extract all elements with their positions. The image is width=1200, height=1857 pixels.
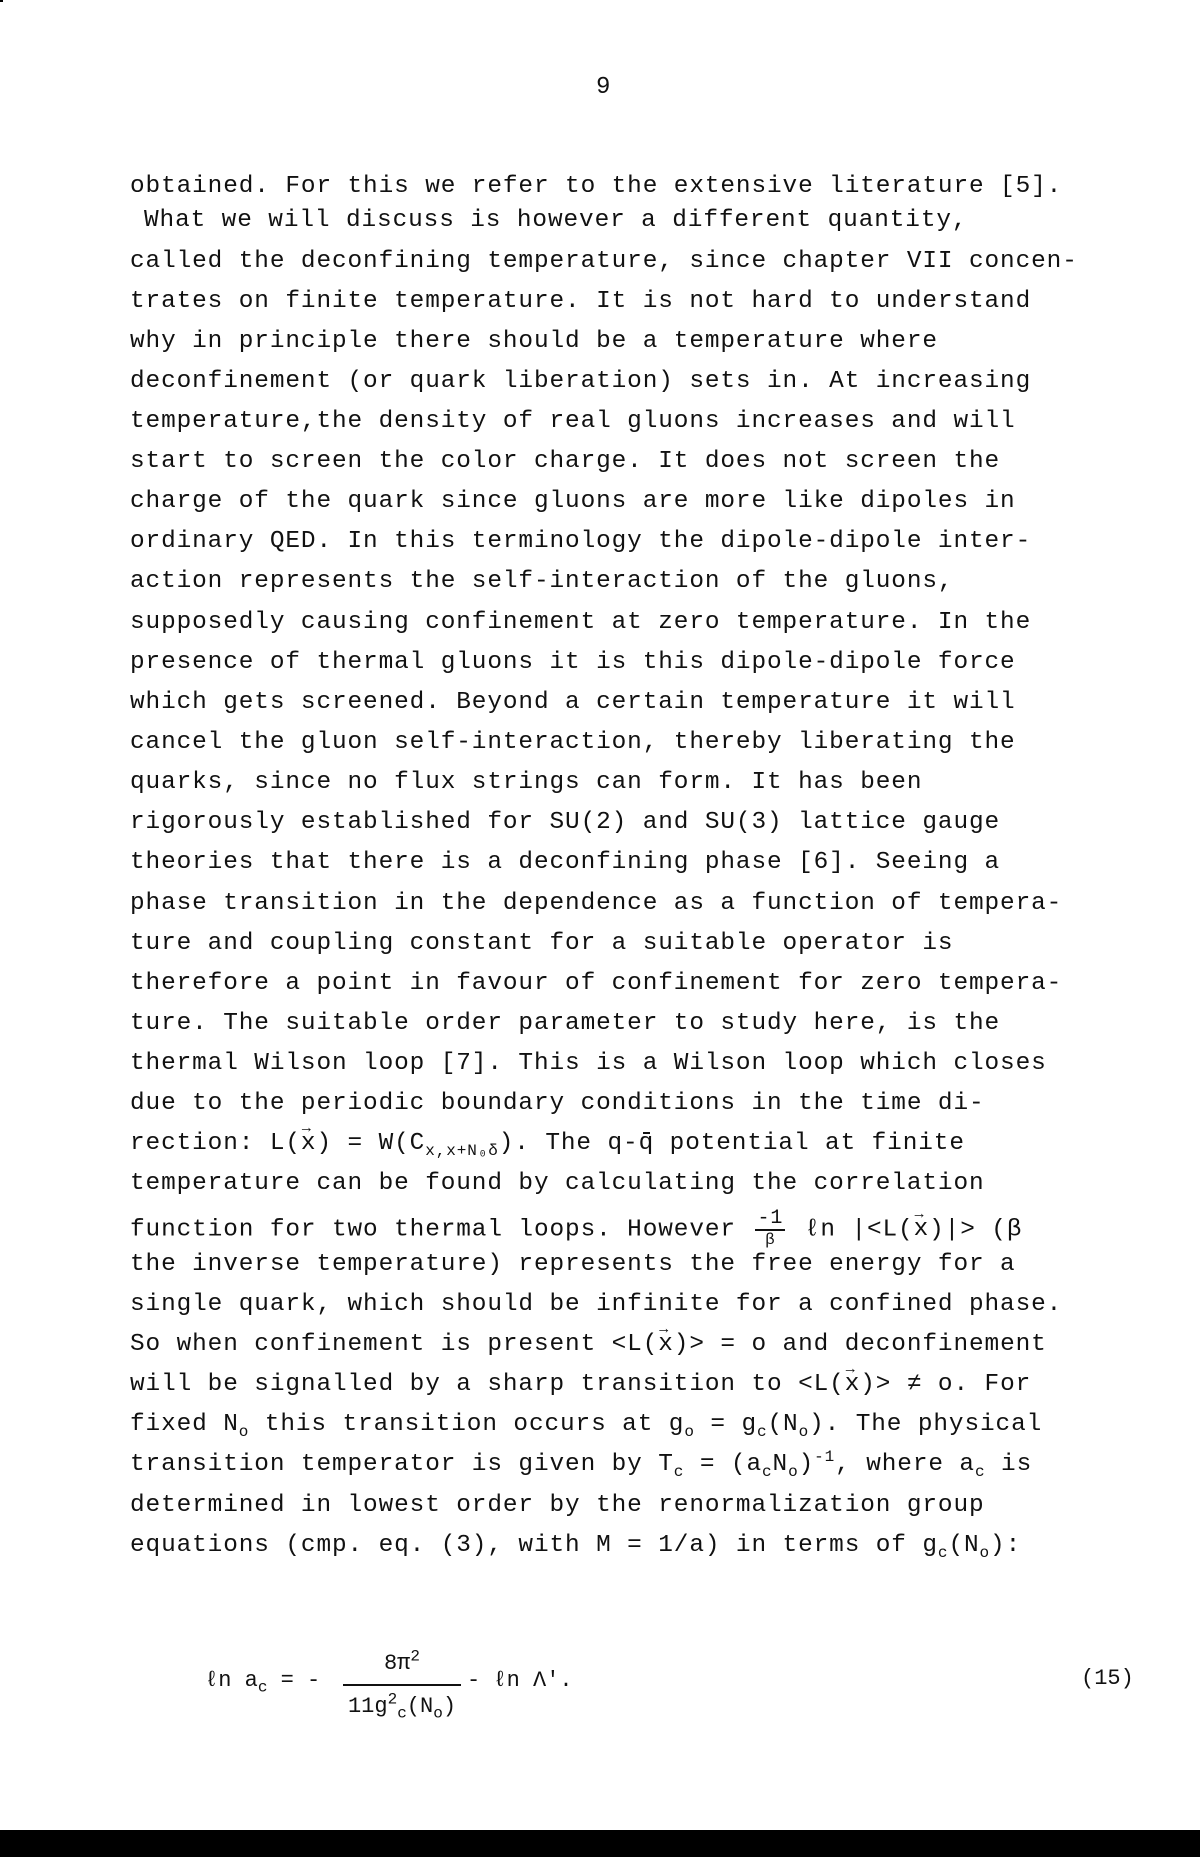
page-number: 9 (596, 74, 610, 101)
text-line: charge of the quark since gluons are mor… (130, 487, 1016, 517)
equation-number: (15) (1081, 1666, 1134, 1691)
text-line: trates on finite temperature. It is not … (130, 287, 1031, 317)
text-line: theories that there is a deconfining pha… (130, 848, 1000, 878)
text-line: So when confinement is present <L(x)> = … (130, 1330, 1047, 1360)
text-line: transition temperator is given by Tc = (… (130, 1450, 1032, 1480)
text-line: temperature can be found by calculating … (130, 1169, 985, 1199)
text-line: fixed No this transition occurs at go = … (130, 1410, 1042, 1440)
text-line: action represents the self-interaction o… (130, 567, 953, 597)
text-line: thermal Wilson loop [7]. This is a Wilso… (130, 1049, 1047, 1079)
text-line: therefore a point in favour of confineme… (130, 969, 1062, 999)
text-line: why in principle there should be a tempe… (130, 327, 938, 357)
text-line: which gets screened. Beyond a certain te… (130, 688, 1016, 718)
text-line: ture. The suitable order parameter to st… (130, 1009, 1000, 1039)
text-line: deconfinement (or quark liberation) sets… (130, 367, 1031, 397)
text-line: the inverse temperature) represents the … (130, 1250, 1016, 1280)
equation-fraction: 8π2 11g2c(No) (343, 1640, 461, 1724)
text-line: ture and coupling constant for a suitabl… (130, 929, 953, 959)
document-page: 9 obtained. For this we refer to the ext… (0, 0, 1200, 1857)
text-line: obtained. For this we refer to the exten… (130, 172, 1062, 202)
text-line: equations (cmp. eq. (3), with M = 1/a) i… (130, 1531, 1021, 1561)
text-line: temperature,the density of real gluons i… (130, 407, 1016, 437)
scan-artifact (0, 0, 3, 2)
text-line: single quark, which should be infinite f… (130, 1290, 1062, 1320)
text-line: called the deconfining temperature, sinc… (130, 247, 1078, 277)
text-line: ordinary QED. In this terminology the di… (130, 527, 1031, 557)
text-line: rigorously established for SU(2) and SU(… (130, 808, 1000, 838)
text-line: cancel the gluon self-interaction, there… (130, 728, 1016, 758)
text-line: presence of thermal gluons it is this di… (130, 648, 1016, 678)
text-line: quarks, since no flux strings can form. … (130, 768, 922, 798)
text-line: due to the periodic boundary conditions … (130, 1089, 985, 1119)
text-line-wilson-loop: rection: L(x) = W(Cx,x+N₀δ). The q-q pot… (130, 1129, 965, 1159)
text-line: phase transition in the dependence as a … (130, 889, 1062, 919)
text-line: start to screen the color charge. It doe… (130, 447, 1000, 477)
text-line: What we will discuss is however a differ… (144, 206, 967, 236)
text-line-free-energy: function for two thermal loops. However … (130, 1209, 1022, 1249)
text-line: supposedly causing confinement at zero t… (130, 608, 1031, 638)
text-line: determined in lowest order by the renorm… (130, 1491, 985, 1521)
text-line: will be signalled by a sharp transition … (130, 1370, 1031, 1400)
scan-bottom-border (0, 1830, 1200, 1857)
